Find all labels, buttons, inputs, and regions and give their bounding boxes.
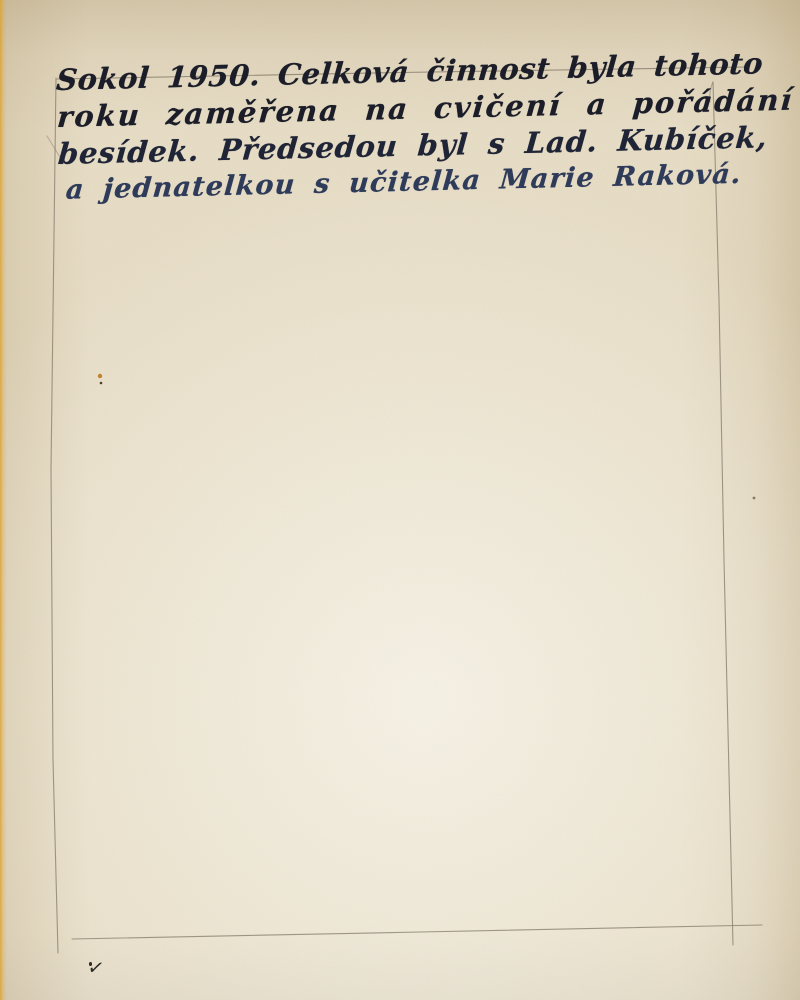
paper-speck-right [753, 497, 756, 500]
pencil-hook [710, 82, 713, 102]
chronicle-page-photo: Sokol 1950. Celková činnost byla tohoto … [0, 0, 800, 1000]
pencil-slash [47, 136, 63, 162]
pencil-frame [0, 0, 800, 1000]
pencil-line-left [51, 78, 58, 953]
handwritten-line-2: roku zaměřena na cvičení a pořádání [56, 82, 795, 136]
handwritten-text: Sokol 1950. Celková činnost byla tohoto … [54, 45, 794, 209]
handwritten-line-4: a jednatelkou s učitelka Marie Raková. [64, 155, 796, 209]
handwritten-line-1: Sokol 1950. Celková činnost byla tohoto [55, 45, 794, 99]
paper-grain-texture [0, 0, 800, 1000]
check-mark-icon: ✓ [86, 956, 106, 979]
handwritten-line-3: besídek. Předsedou byl s Lad. Kubíček, [57, 119, 796, 173]
paper-speck-dark [100, 382, 103, 385]
pencil-line-bottom [72, 925, 762, 939]
pencil-line-top [57, 67, 746, 79]
ink-dot [89, 962, 92, 966]
paper-speck-orange [98, 374, 102, 378]
pencil-line-right [713, 82, 733, 945]
